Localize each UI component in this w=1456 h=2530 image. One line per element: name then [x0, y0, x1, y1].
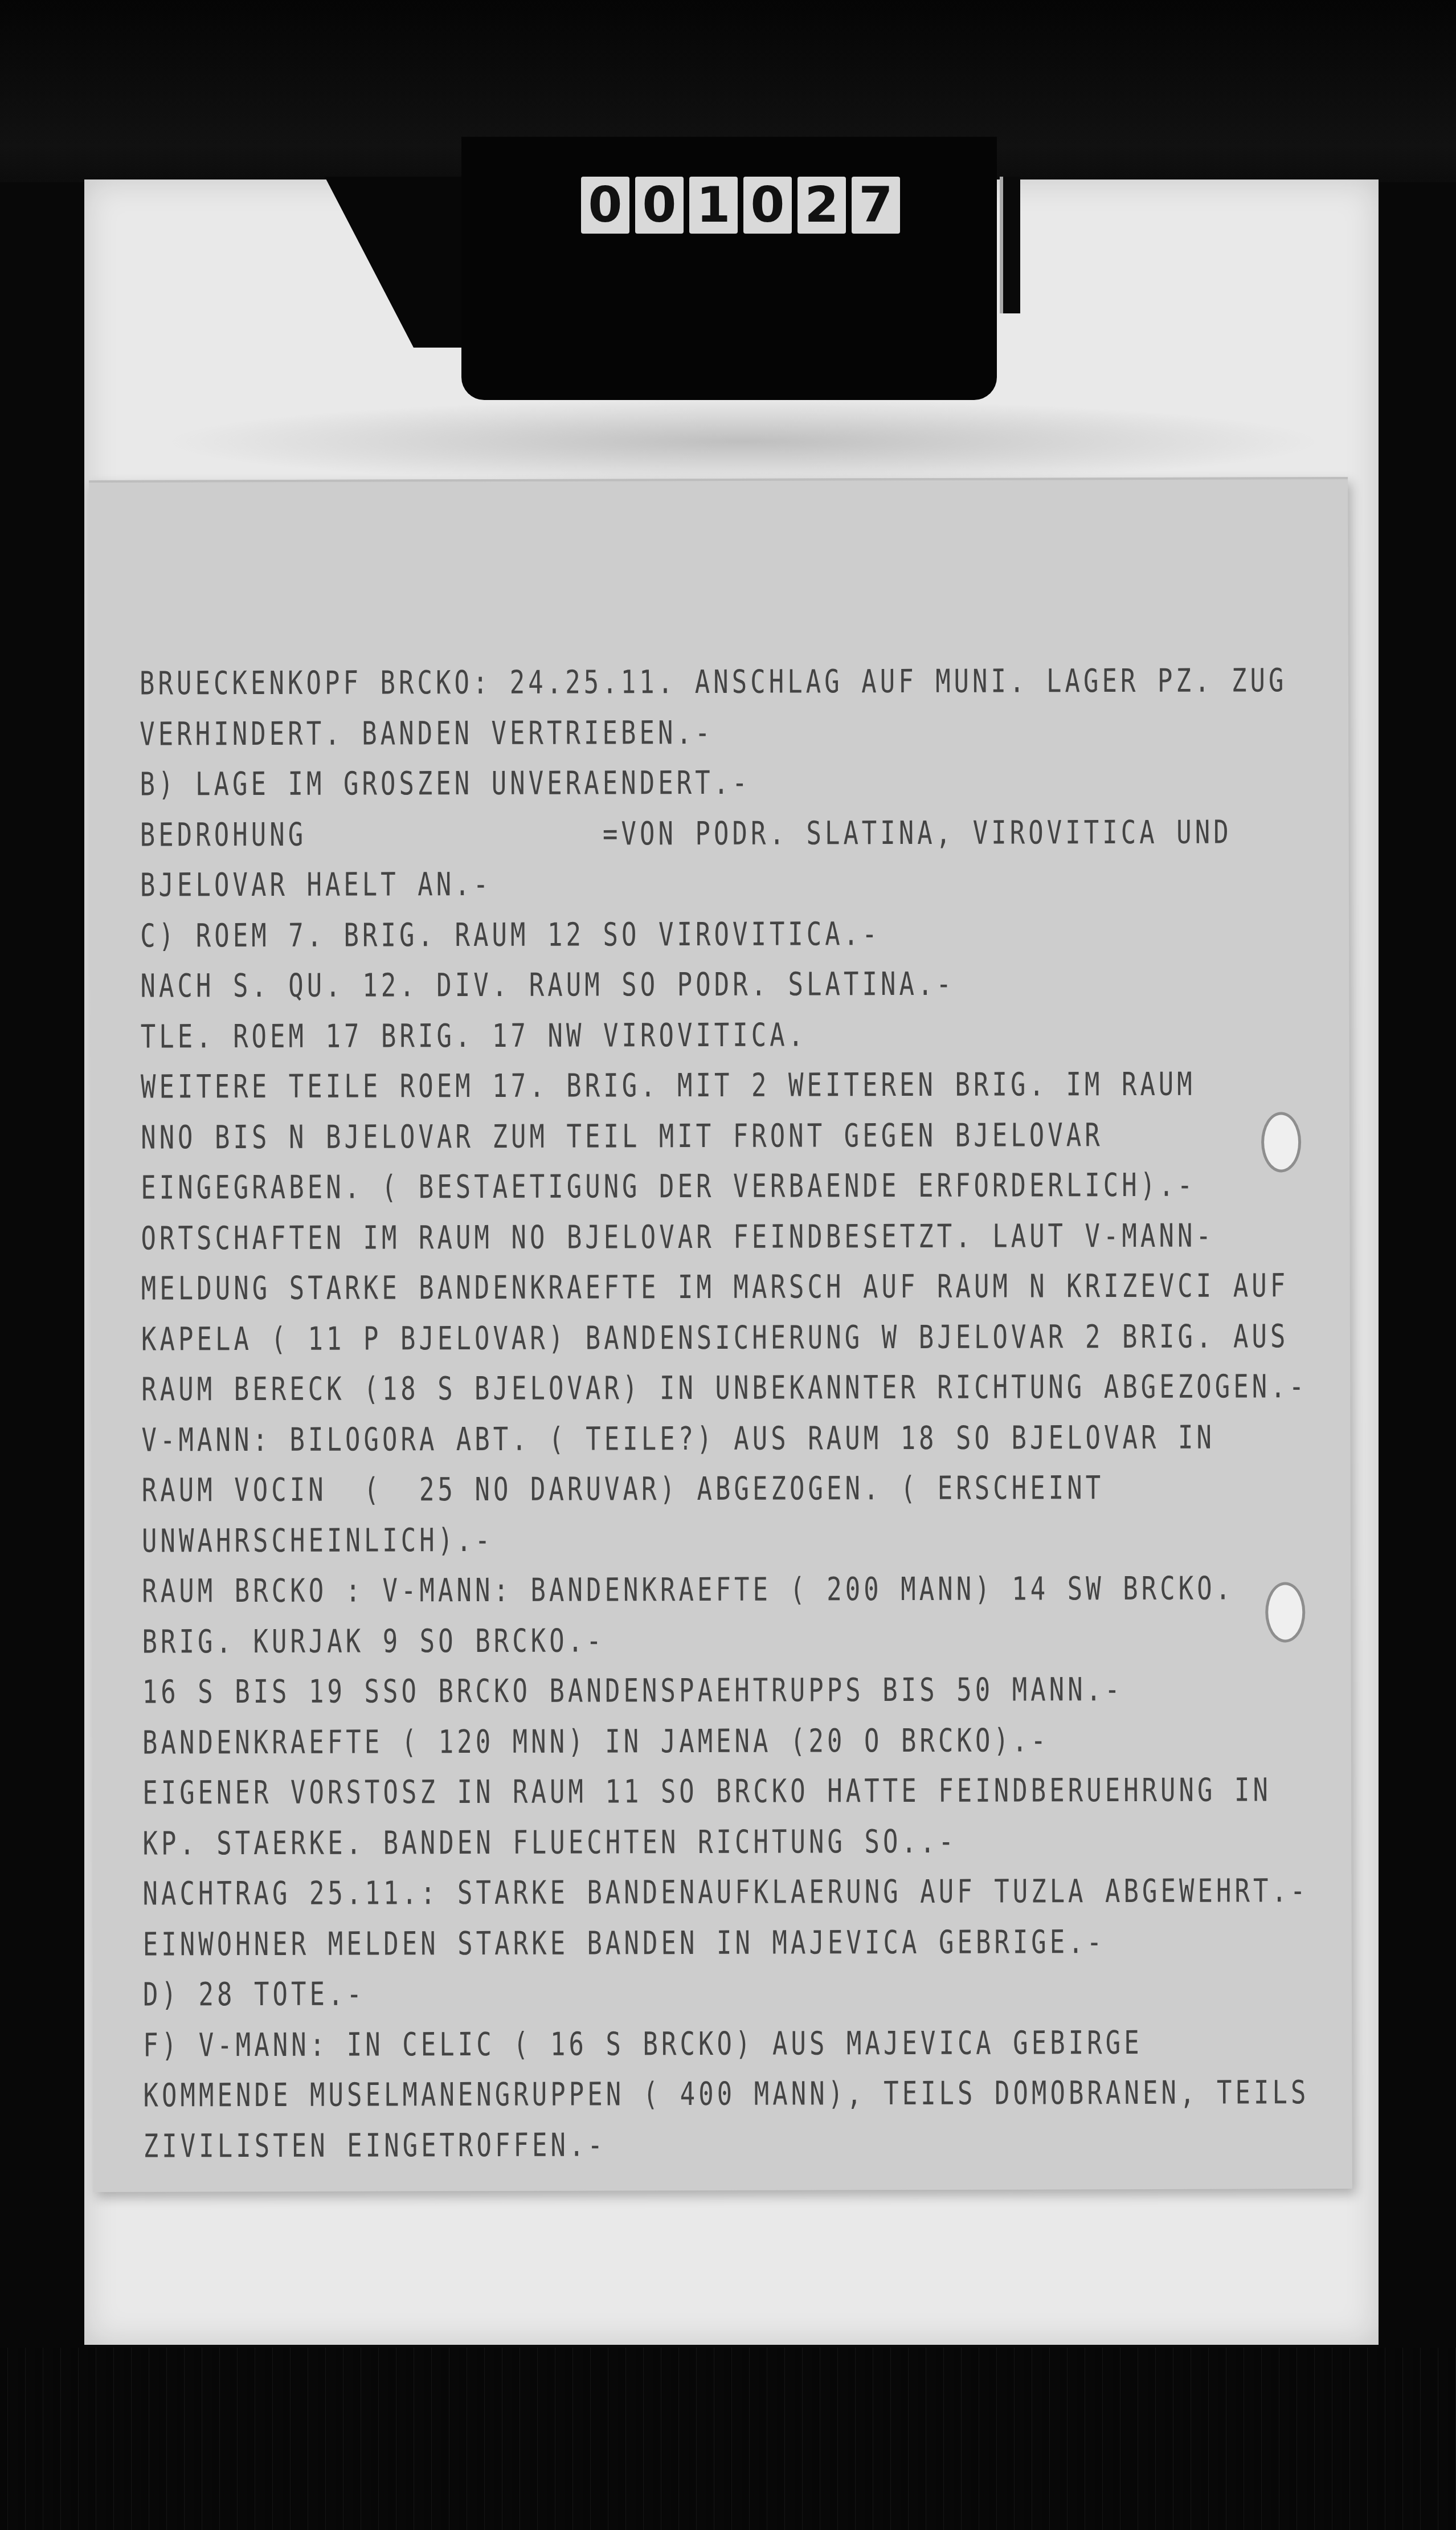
document-line: ZIVILISTEN EINGETROFFEN.- — [144, 2111, 1328, 2179]
frame-counter-digit: 2 — [797, 177, 846, 234]
frame-counter-digits: 0 0 1 0 2 7 — [581, 177, 900, 234]
counter-knob-icon — [1000, 177, 1020, 313]
frame-counter-digit: 0 — [743, 177, 792, 234]
frame-counter-digit: 1 — [689, 177, 738, 234]
document-body: BRUECKENKOPF BRCKO: 24.25.11. ANSCHLAG A… — [140, 656, 1328, 2172]
frame-counter-digit: 0 — [635, 177, 684, 234]
film-border-right — [1379, 182, 1456, 2348]
typed-document-page: BRUECKENKOPF BRCKO: 24.25.11. ANSCHLAG A… — [89, 477, 1352, 2192]
counter-shadow — [159, 399, 1327, 484]
film-border-left — [0, 182, 84, 2348]
frame-counter-digit: 7 — [852, 177, 900, 234]
frame-counter-digit: 0 — [581, 177, 629, 234]
film-border-bottom — [0, 2348, 1456, 2530]
